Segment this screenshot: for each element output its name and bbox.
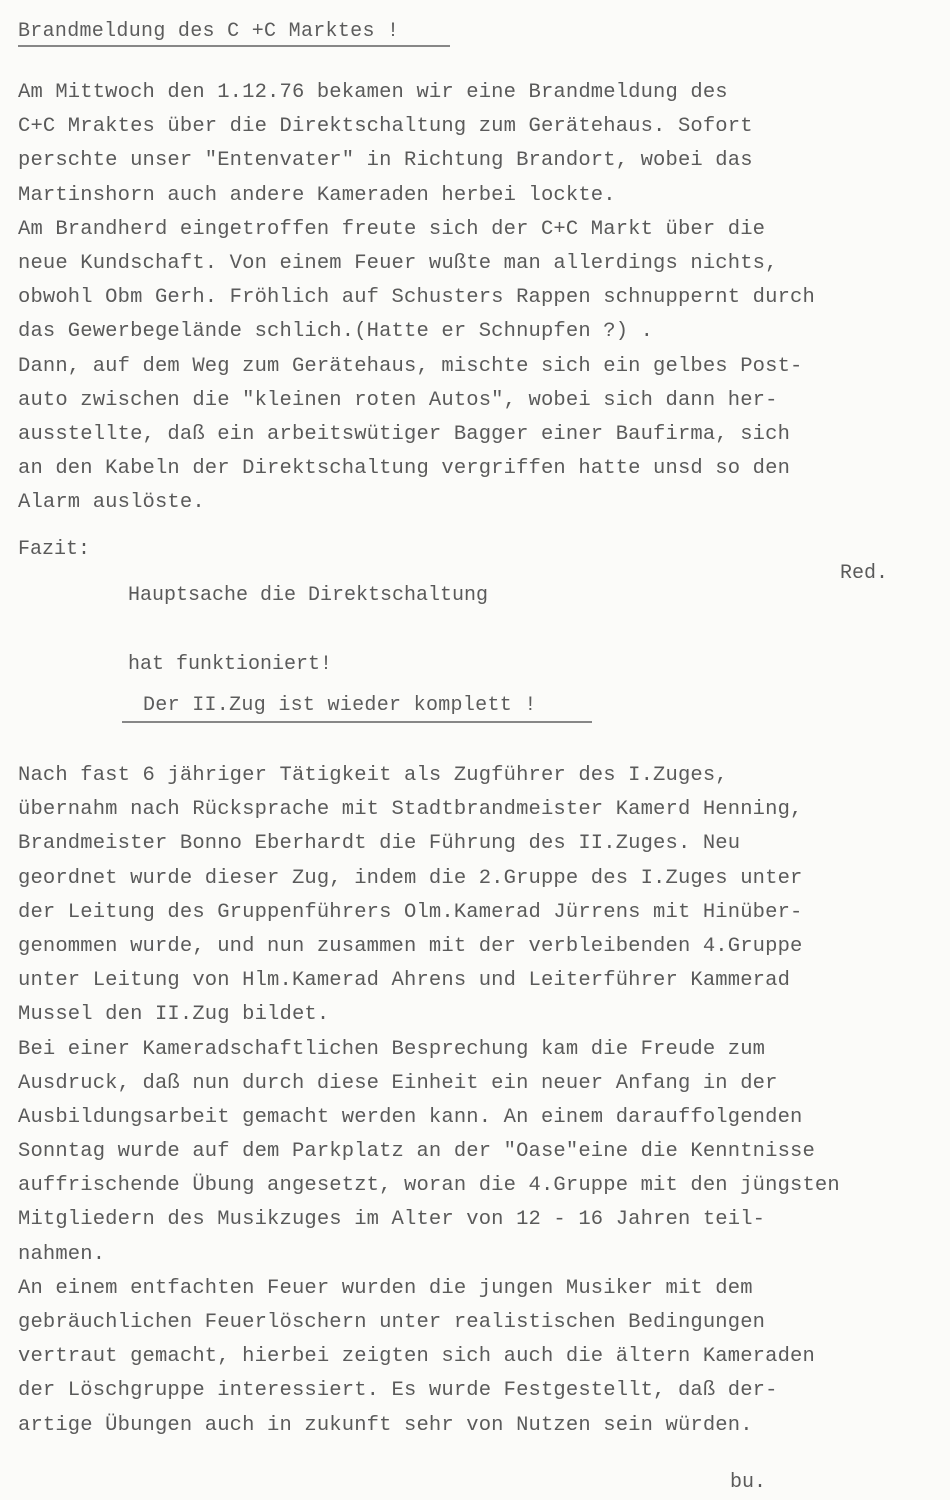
fazit-line: Hauptsache die Direktschaltung <box>128 584 488 607</box>
text-line: an den Kabeln der Direktschaltung vergri… <box>18 452 815 486</box>
text-line: Dann, auf dem Weg zum Gerätehaus, mischt… <box>18 350 815 384</box>
text-line: übernahm nach Rücksprache mit Stadtbrand… <box>18 793 840 827</box>
text-line: der Löschgruppe interessiert. Es wurde F… <box>18 1374 840 1408</box>
document-page: Brandmeldung des C +C Marktes ! Am Mittw… <box>0 0 950 1500</box>
text-line: ausstellte, daß ein arbeitswütiger Bagge… <box>18 418 815 452</box>
text-line: auto zwischen die "kleinen roten Autos",… <box>18 384 815 418</box>
text-line: auffrischende Übung angesetzt, woran die… <box>18 1169 840 1203</box>
text-line: Am Mittwoch den 1.12.76 bekamen wir eine… <box>18 76 815 110</box>
text-line: unter Leitung von Hlm.Kamerad Ahrens und… <box>18 964 840 998</box>
text-line: nahmen. <box>18 1238 840 1272</box>
text-line: gebräuchlichen Feuerlöschern unter reali… <box>18 1306 840 1340</box>
text-line: Nach fast 6 jähriger Tätigkeit als Zugfü… <box>18 759 840 793</box>
article-2-signature: bu. <box>730 1471 766 1494</box>
text-line: An einem entfachten Feuer wurden die jun… <box>18 1272 840 1306</box>
fazit-line: hat funktioniert! <box>128 653 488 676</box>
text-line: obwohl Obm Gerh. Fröhlich auf Schusters … <box>18 281 815 315</box>
text-line: vertraut gemacht, hierbei zeigten sich a… <box>18 1340 840 1374</box>
text-line: Am Brandherd eingetroffen freute sich de… <box>18 213 815 247</box>
text-line: genommen wurde, und nun zusammen mit der… <box>18 930 840 964</box>
text-line: geordnet wurde dieser Zug, indem die 2.G… <box>18 862 840 896</box>
text-line: Martinshorn auch andere Kameraden herbei… <box>18 179 815 213</box>
article-1-fazit: Fazit: Hauptsache die Direktschaltung ha… <box>18 538 66 630</box>
article-2-title-underline <box>122 721 592 723</box>
text-line: perschte unser "Entenvater" in Richtung … <box>18 144 815 178</box>
text-line: Brandmeister Bonno Eberhardt die Führung… <box>18 827 840 861</box>
text-line: Bei einer Kameradschaftlichen Besprechun… <box>18 1033 840 1067</box>
text-line: Mitgliedern des Musikzuges im Alter von … <box>18 1203 840 1237</box>
article-1-title-underline <box>18 45 450 47</box>
article-2-title: Der II.Zug ist wieder komplett ! <box>143 694 537 717</box>
article-1-signature: Red. <box>840 562 888 585</box>
article-1-title: Brandmeldung des C +C Marktes ! <box>18 20 399 43</box>
text-line: neue Kundschaft. Von einem Feuer wußte m… <box>18 247 815 281</box>
article-2-body: Nach fast 6 jähriger Tätigkeit als Zugfü… <box>18 759 840 1443</box>
text-line: Alarm auslöste. <box>18 486 815 520</box>
text-line: C+C Mraktes über die Direktschaltung zum… <box>18 110 815 144</box>
text-line: der Leitung des Gruppenführers Olm.Kamer… <box>18 896 840 930</box>
text-line: das Gewerbegelände schlich.(Hatte er Sch… <box>18 315 815 349</box>
text-line: Ausbildungsarbeit gemacht werden kann. A… <box>18 1101 840 1135</box>
text-line: Ausdruck, daß nun durch diese Einheit ei… <box>18 1067 840 1101</box>
text-line: Sonntag wurde auf dem Parkplatz an der "… <box>18 1135 840 1169</box>
text-line: Mussel den II.Zug bildet. <box>18 998 840 1032</box>
article-1-body: Am Mittwoch den 1.12.76 bekamen wir eine… <box>18 76 815 520</box>
text-line: artige Übungen auch in zukunft sehr von … <box>18 1409 840 1443</box>
fazit-label: Fazit: <box>18 538 90 561</box>
